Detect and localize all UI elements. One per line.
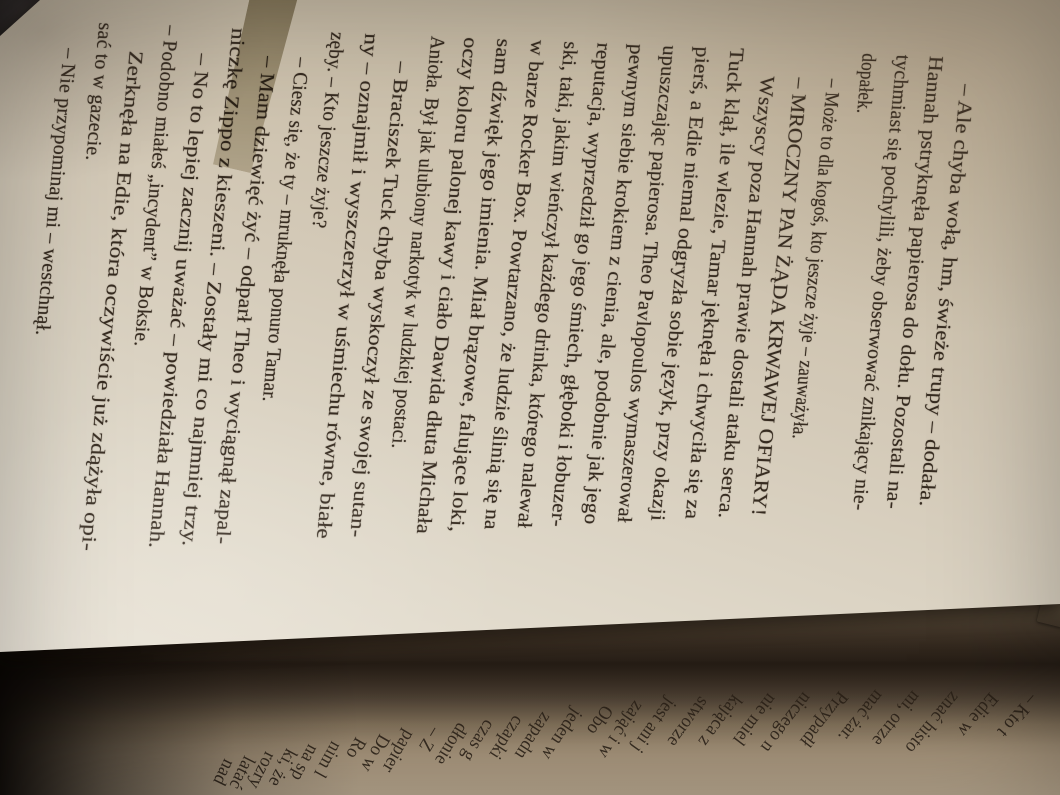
page-shadow-wrap: – Ale chyba wołą, hm, świeże trupy – dod… [0, 0, 1060, 795]
book-page: – Ale chyba wołą, hm, świeże trupy – dod… [0, 0, 1060, 795]
book-photo-scene: – Kto tEdie wznać histomi, otrzemać żar.… [0, 0, 1060, 795]
page-text-block: – Ale chyba wołą, hm, świeże trupy – dod… [3, 21, 985, 596]
text-line-content: dopałek. [846, 53, 885, 114]
